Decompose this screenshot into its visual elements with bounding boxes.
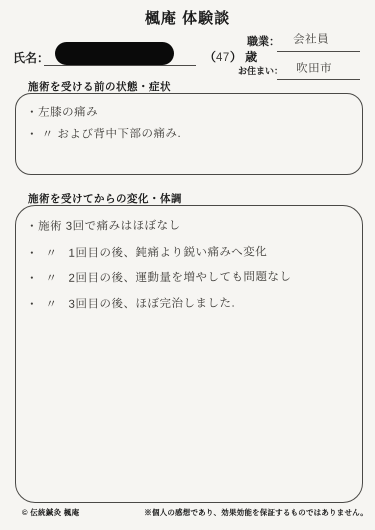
name-redaction-bar	[55, 42, 174, 65]
age-value-handwritten: 47	[216, 52, 230, 64]
after-treatment-box: ・施術 3回で痛みはほぼなし ・ 〃 1回目の後、鈍痛より鋭い痛みへ変化 ・ 〃…	[15, 205, 363, 503]
age-field: （47） 歳	[204, 48, 257, 65]
footer-copyright: © 伝統鍼灸 楓庵	[22, 507, 79, 518]
after-line-3: ・ 〃 2回目の後、運動量を増やしても問題なし	[26, 268, 291, 286]
occupation-label: 職業：	[247, 33, 280, 49]
age-paren-close: ）	[230, 50, 245, 64]
before-treatment-box: ・左膝の痛み ・ 〃 および背中下部の痛み.	[15, 93, 363, 175]
footer-disclaimer: ※個人の感想であり、効果効能を保証するものではありません。	[144, 507, 368, 518]
page-title: 楓庵 体験談	[0, 7, 375, 28]
after-line-2: ・ 〃 1回目の後、鈍痛より鋭い痛みへ変化	[26, 243, 267, 261]
section-heading-after-treatment: 施術を受けてからの変化・体調	[28, 191, 182, 206]
occupation-underline	[277, 51, 360, 52]
before-line-1: ・左膝の痛み	[26, 103, 98, 120]
residence-underline	[277, 79, 360, 80]
after-line-4: ・ 〃 3回目の後、ほぼ完治しました.	[26, 295, 235, 312]
age-unit: 歳	[245, 50, 257, 64]
before-line-2: ・ 〃 および背中下部の痛み.	[26, 125, 181, 142]
testimonial-sheet: 楓庵 体験談 氏名： （47） 歳 職業： 会社員 お住まい： 吹田市 施術を受…	[0, 0, 375, 530]
after-line-1: ・施術 3回で痛みはほぼなし	[26, 217, 181, 234]
residence-value-handwritten: 吹田市	[296, 60, 332, 76]
age-paren-open: （	[204, 50, 216, 64]
name-field-underline	[44, 65, 196, 66]
occupation-value-handwritten: 会社員	[293, 31, 329, 47]
residence-label: お住まい：	[238, 64, 283, 77]
section-heading-before-treatment: 施術を受ける前の状態・症状	[28, 79, 171, 94]
name-field-label: 氏名：	[13, 49, 49, 66]
